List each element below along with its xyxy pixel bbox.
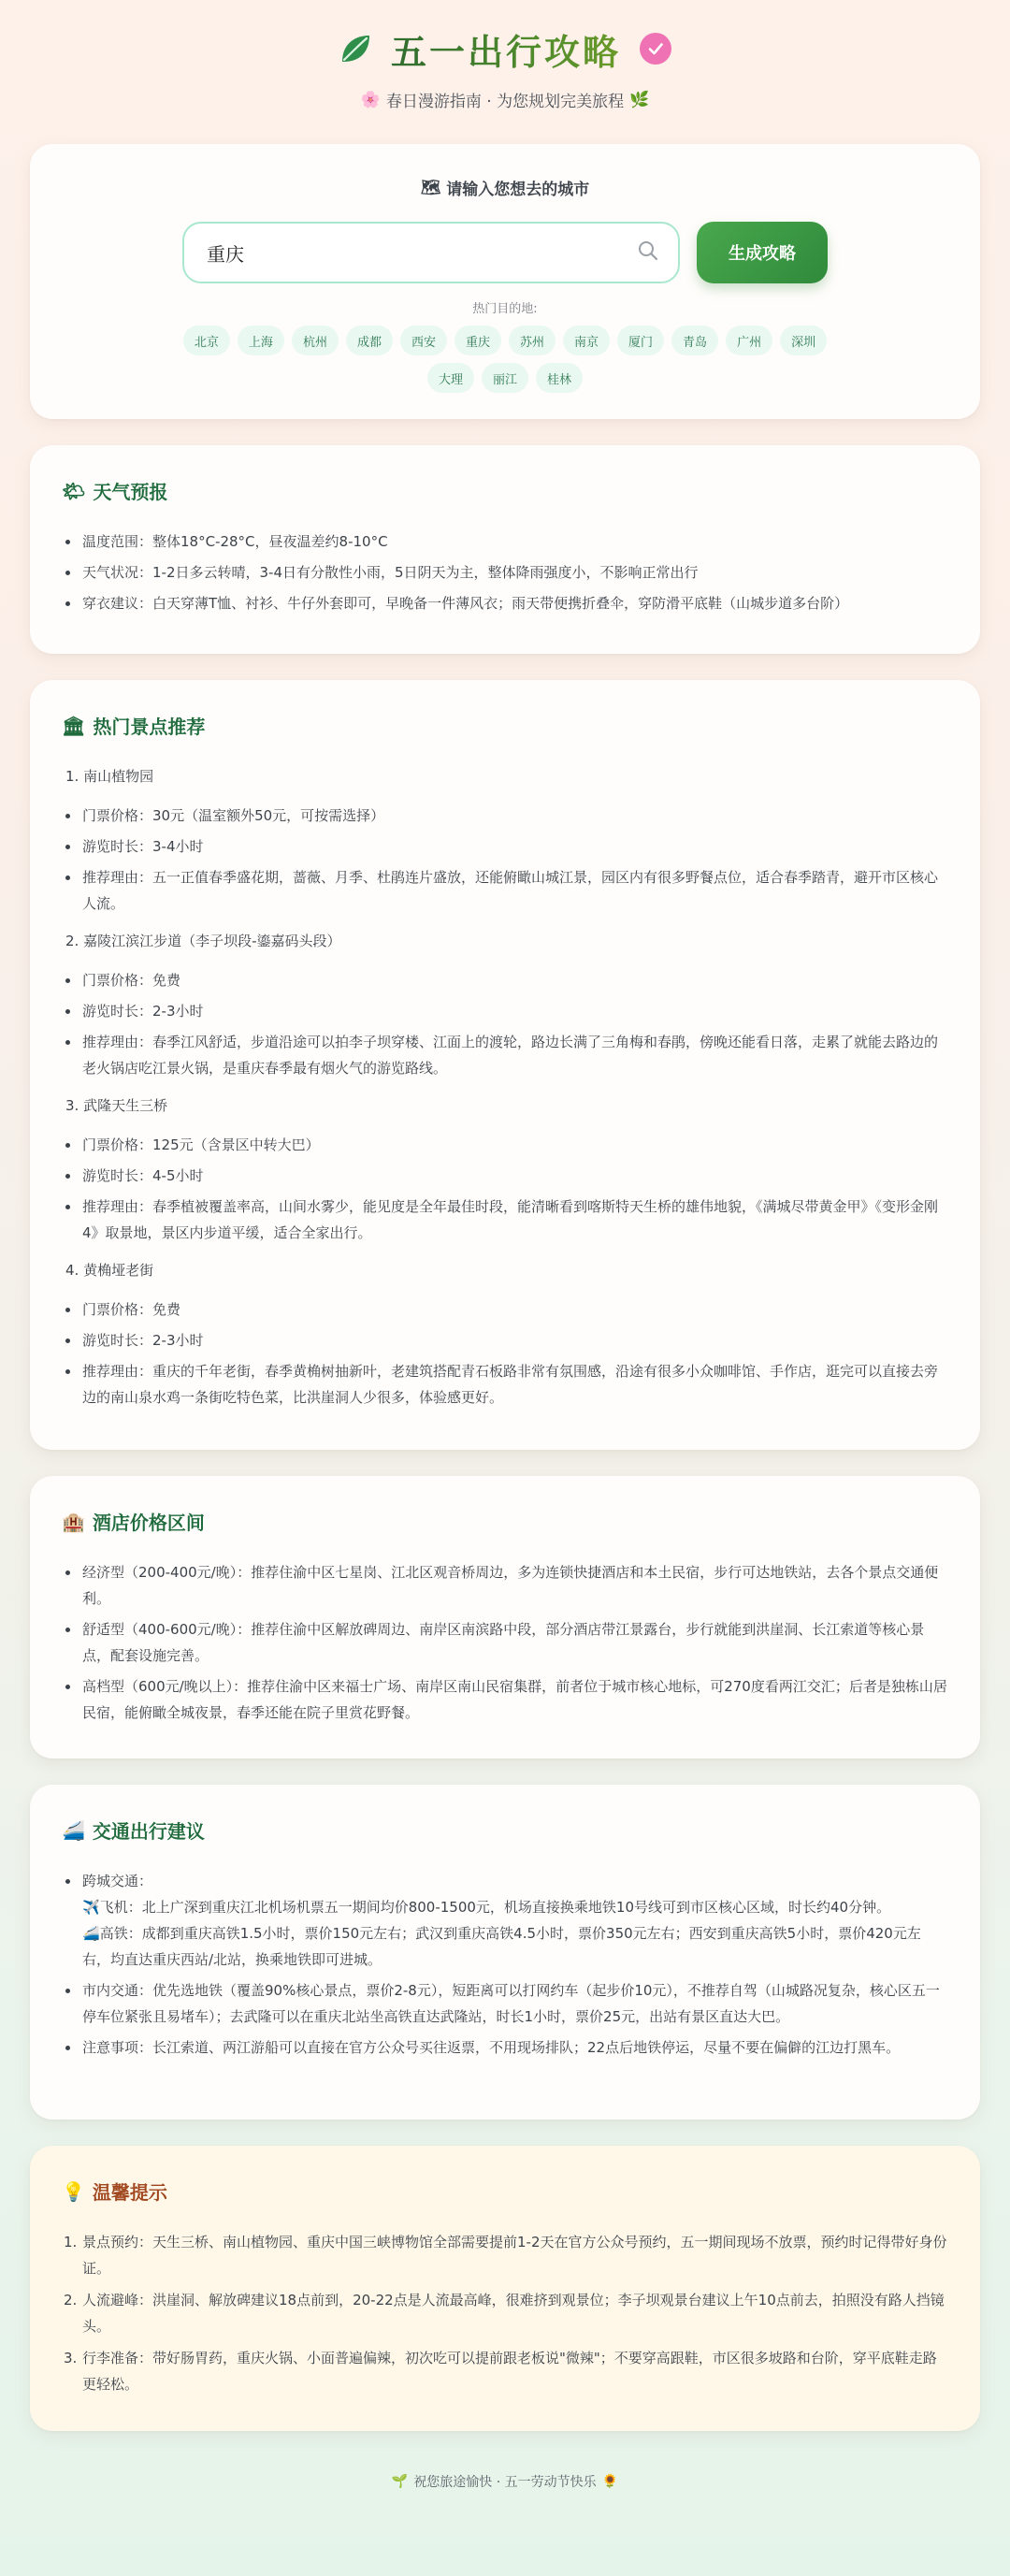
- city-search-input[interactable]: [207, 241, 637, 264]
- bullet-train-icon: 🚄: [62, 1819, 85, 1842]
- transport-item: 市内交通：优先选地铁（覆盖90%核心景点，票价2-8元），短距离可以打网约车（起…: [62, 1977, 948, 2030]
- city-chip-guangzhou[interactable]: 广州: [726, 326, 772, 355]
- hotels-title-text: 酒店价格区间: [93, 1508, 205, 1535]
- transport-title-text: 交通出行建议: [93, 1816, 205, 1844]
- title-row: 五一出行攻略: [30, 24, 980, 73]
- herb-icon: 🌿: [629, 91, 649, 109]
- search-icon[interactable]: [637, 239, 659, 266]
- spot-detail: 推荐理由：重庆的千年老街，春季黄桷树抽新叶，老建筑搭配青石板路非常有氛围感，沿途…: [62, 1358, 948, 1411]
- subtitle-text: 春日漫游指南 · 为您规划完美旅程: [386, 88, 624, 111]
- weather-item: 天气状况：1-2日多云转晴，3-4日有分散性小雨，5日阴天为主，整体降雨强度小，…: [62, 559, 948, 586]
- transport-title: 🚄 交通出行建议: [62, 1816, 948, 1844]
- city-chip-hangzhou[interactable]: 杭州: [292, 326, 339, 355]
- city-chip-qingdao[interactable]: 青岛: [671, 326, 718, 355]
- map-icon: 🗺: [421, 179, 441, 197]
- hotels-section: 🏨 酒店价格区间 经济型（200-400元/晚）：推荐住渝中区七星岗、江北区观音…: [30, 1476, 980, 1758]
- city-chip-xian[interactable]: 西安: [400, 326, 447, 355]
- spot-detail: 游览时长：2-3小时: [62, 998, 948, 1024]
- search-label-text: 请输入您想去的城市: [446, 176, 589, 199]
- spot-detail: 推荐理由：春季江风舒适，步道沿途可以拍李子坝穿楼、江面上的渡轮，路边长满了三角梅…: [62, 1029, 948, 1081]
- transport-item: 注意事项：长江索道、两江游船可以直接在官方公众号买往返票，不用现场排队；22点后…: [62, 2034, 948, 2061]
- hotels-list: 经济型（200-400元/晚）：推荐住渝中区七星岗、江北区观音桥周边，多为连锁快…: [62, 1559, 948, 1726]
- spot-item: 1. 南山植物园 门票价格：30元（温室额外50元，可按需选择） 游览时长：3-…: [62, 763, 948, 917]
- page-title: 五一出行攻略: [391, 23, 621, 75]
- transport-section: 🚄 交通出行建议 跨城交通： ✈️飞机：北上广深到重庆江北机场机票五一期间均价8…: [30, 1785, 980, 2120]
- city-chip-nanjing[interactable]: 南京: [563, 326, 610, 355]
- spot-item: 4. 黄桷垭老街 门票价格：免费 游览时长：2-3小时 推荐理由：重庆的千年老街…: [62, 1257, 948, 1411]
- spot-detail: 游览时长：4-5小时: [62, 1163, 948, 1189]
- landmark-icon: 🏛: [62, 715, 85, 737]
- city-chip-lijiang[interactable]: 丽江: [482, 363, 528, 393]
- intercity-label: 跨城交通：: [82, 1868, 948, 1894]
- spot-detail: 游览时长：3-4小时: [62, 833, 948, 860]
- tip-item: 3.行李准备：带好肠胃药，重庆火锅、小面普遍偏辣，初次吃可以提前跟老板说"微辣"…: [62, 2345, 948, 2397]
- footer-text: 祝您旅途愉快 · 五一劳动节快乐: [413, 2472, 596, 2491]
- city-chip-chengdu[interactable]: 成都: [346, 326, 393, 355]
- search-row: 生成攻略: [30, 222, 980, 283]
- city-chip-guilin[interactable]: 桂林: [536, 363, 583, 393]
- spot-name: 1. 南山植物园: [62, 763, 948, 789]
- weather-list: 温度范围：整体18°C-28°C，昼夜温差约8-10°C 天气状况：1-2日多云…: [62, 528, 948, 616]
- blossom-icon: 🌸: [361, 91, 381, 109]
- tips-title: 💡 温馨提示: [62, 2178, 948, 2205]
- plane-info: ✈️飞机：北上广深到重庆江北机场机票五一期间均价800-1500元，机场直接换乘…: [82, 1894, 948, 1920]
- attractions-section: 🏛 热门景点推荐 1. 南山植物园 门票价格：30元（温室额外50元，可按需选择…: [30, 680, 980, 1450]
- hot-destinations-label: 热门目的地:: [30, 298, 980, 316]
- hotel-tier: 舒适型（400-600元/晚）：推荐住渝中区解放碑周边、南岸区南滨路中段，部分酒…: [62, 1616, 948, 1669]
- weather-title: 🌤 天气预报: [62, 477, 948, 504]
- city-chip-shenzhen[interactable]: 深圳: [780, 326, 827, 355]
- page-header: 五一出行攻略 🌸 春日漫游指南 · 为您规划完美旅程 🌿: [30, 24, 980, 144]
- page-subtitle: 🌸 春日漫游指南 · 为您规划完美旅程 🌿: [30, 88, 980, 111]
- hot-city-chips: 北京 上海 杭州 成都 西安 重庆 苏州 南京 厦门 青岛 广州 深圳 大理 丽…: [178, 326, 832, 393]
- airplane-icon: ✈️: [82, 1899, 100, 1916]
- weather-section: 🌤 天气预报 温度范围：整体18°C-28°C，昼夜温差约8-10°C 天气状况…: [30, 445, 980, 654]
- tip-item: 2.人流避峰：洪崖洞、解放碑建议18点前到，20-22点是人流最高峰，很难挤到观…: [62, 2287, 948, 2339]
- spot-name: 2. 嘉陵江滨江步道（李子坝段-鎏嘉码头段）: [62, 928, 948, 954]
- spot-detail: 门票价格：125元（含景区中转大巴）: [62, 1132, 948, 1158]
- spot-item: 3. 武隆天生三桥 门票价格：125元（含景区中转大巴） 游览时长：4-5小时 …: [62, 1093, 948, 1246]
- spot-detail: 游览时长：2-3小时: [62, 1327, 948, 1353]
- check-badge-icon: [640, 33, 671, 65]
- city-chip-dali[interactable]: 大理: [427, 363, 474, 393]
- spot-name: 3. 武隆天生三桥: [62, 1093, 948, 1119]
- tips-section: 💡 温馨提示 1.景点预约：天生三桥、南山植物园、重庆中国三峡博物馆全部需要提前…: [30, 2146, 980, 2431]
- attractions-title-text: 热门景点推荐: [93, 712, 205, 739]
- hotel-tier: 经济型（200-400元/晚）：推荐住渝中区七星岗、江北区观音桥周边，多为连锁快…: [62, 1559, 948, 1612]
- spot-detail: 门票价格：免费: [62, 967, 948, 993]
- seedling-icon: 🌱: [392, 2474, 408, 2489]
- spot-name: 4. 黄桷垭老街: [62, 1257, 948, 1283]
- sunflower-icon: 🌻: [602, 2474, 618, 2489]
- weather-item: 穿衣建议：白天穿薄T恤、衬衫、牛仔外套即可，早晚备一件薄风衣；雨天带便携折叠伞，…: [62, 590, 948, 616]
- generate-guide-button[interactable]: 生成攻略: [697, 222, 828, 283]
- tip-item: 1.景点预约：天生三桥、南山植物园、重庆中国三峡博物馆全部需要提前1-2天在官方…: [62, 2229, 948, 2281]
- city-chip-shanghai[interactable]: 上海: [238, 326, 284, 355]
- tips-title-text: 温馨提示: [93, 2178, 167, 2205]
- search-card: 🗺 请输入您想去的城市 生成攻略 热门目的地: 北京 上海 杭州 成都 西安 重…: [30, 144, 980, 419]
- train-icon: 🚄: [82, 1925, 100, 1942]
- sun-cloud-icon: 🌤: [62, 480, 85, 502]
- search-box[interactable]: [182, 222, 680, 283]
- city-chip-chongqing[interactable]: 重庆: [454, 326, 501, 355]
- spot-item: 2. 嘉陵江滨江步道（李子坝段-鎏嘉码头段） 门票价格：免费 游览时长：2-3小…: [62, 928, 948, 1081]
- page-footer: 🌱 祝您旅途愉快 · 五一劳动节快乐 🌻: [30, 2472, 980, 2491]
- city-chip-suzhou[interactable]: 苏州: [509, 326, 555, 355]
- spot-detail: 门票价格：免费: [62, 1296, 948, 1323]
- hotels-title: 🏨 酒店价格区间: [62, 1508, 948, 1535]
- city-chip-xiamen[interactable]: 厦门: [617, 326, 664, 355]
- intercity-transport: 跨城交通： ✈️飞机：北上广深到重庆江北机场机票五一期间均价800-1500元，…: [62, 1868, 948, 1973]
- train-info: 🚄高铁：成都到重庆高铁1.5小时，票价150元左右；武汉到重庆高铁4.5小时，票…: [82, 1920, 948, 1973]
- leaf-icon: [339, 32, 372, 65]
- hotel-tier: 高档型（600元/晚以上）：推荐住渝中区来福士广场、南岸区南山民宿集群，前者位于…: [62, 1673, 948, 1726]
- weather-item: 温度范围：整体18°C-28°C，昼夜温差约8-10°C: [62, 528, 948, 555]
- lightbulb-icon: 💡: [62, 2180, 85, 2203]
- spot-detail: 推荐理由：春季植被覆盖率高，山间水雾少，能见度是全年最佳时段，能清晰看到喀斯特天…: [62, 1194, 948, 1246]
- search-label: 🗺 请输入您想去的城市: [30, 176, 980, 199]
- tips-list: 1.景点预约：天生三桥、南山植物园、重庆中国三峡博物馆全部需要提前1-2天在官方…: [62, 2229, 948, 2397]
- spot-detail: 推荐理由：五一正值春季盛花期，蔷薇、月季、杜鹃连片盛放，还能俯瞰山城江景，园区内…: [62, 864, 948, 917]
- attractions-title: 🏛 热门景点推荐: [62, 712, 948, 739]
- city-chip-beijing[interactable]: 北京: [183, 326, 230, 355]
- weather-title-text: 天气预报: [93, 477, 167, 504]
- spot-detail: 门票价格：30元（温室额外50元，可按需选择）: [62, 803, 948, 829]
- hotel-icon: 🏨: [62, 1511, 85, 1533]
- transport-list: 跨城交通： ✈️飞机：北上广深到重庆江北机场机票五一期间均价800-1500元，…: [62, 1868, 948, 2061]
